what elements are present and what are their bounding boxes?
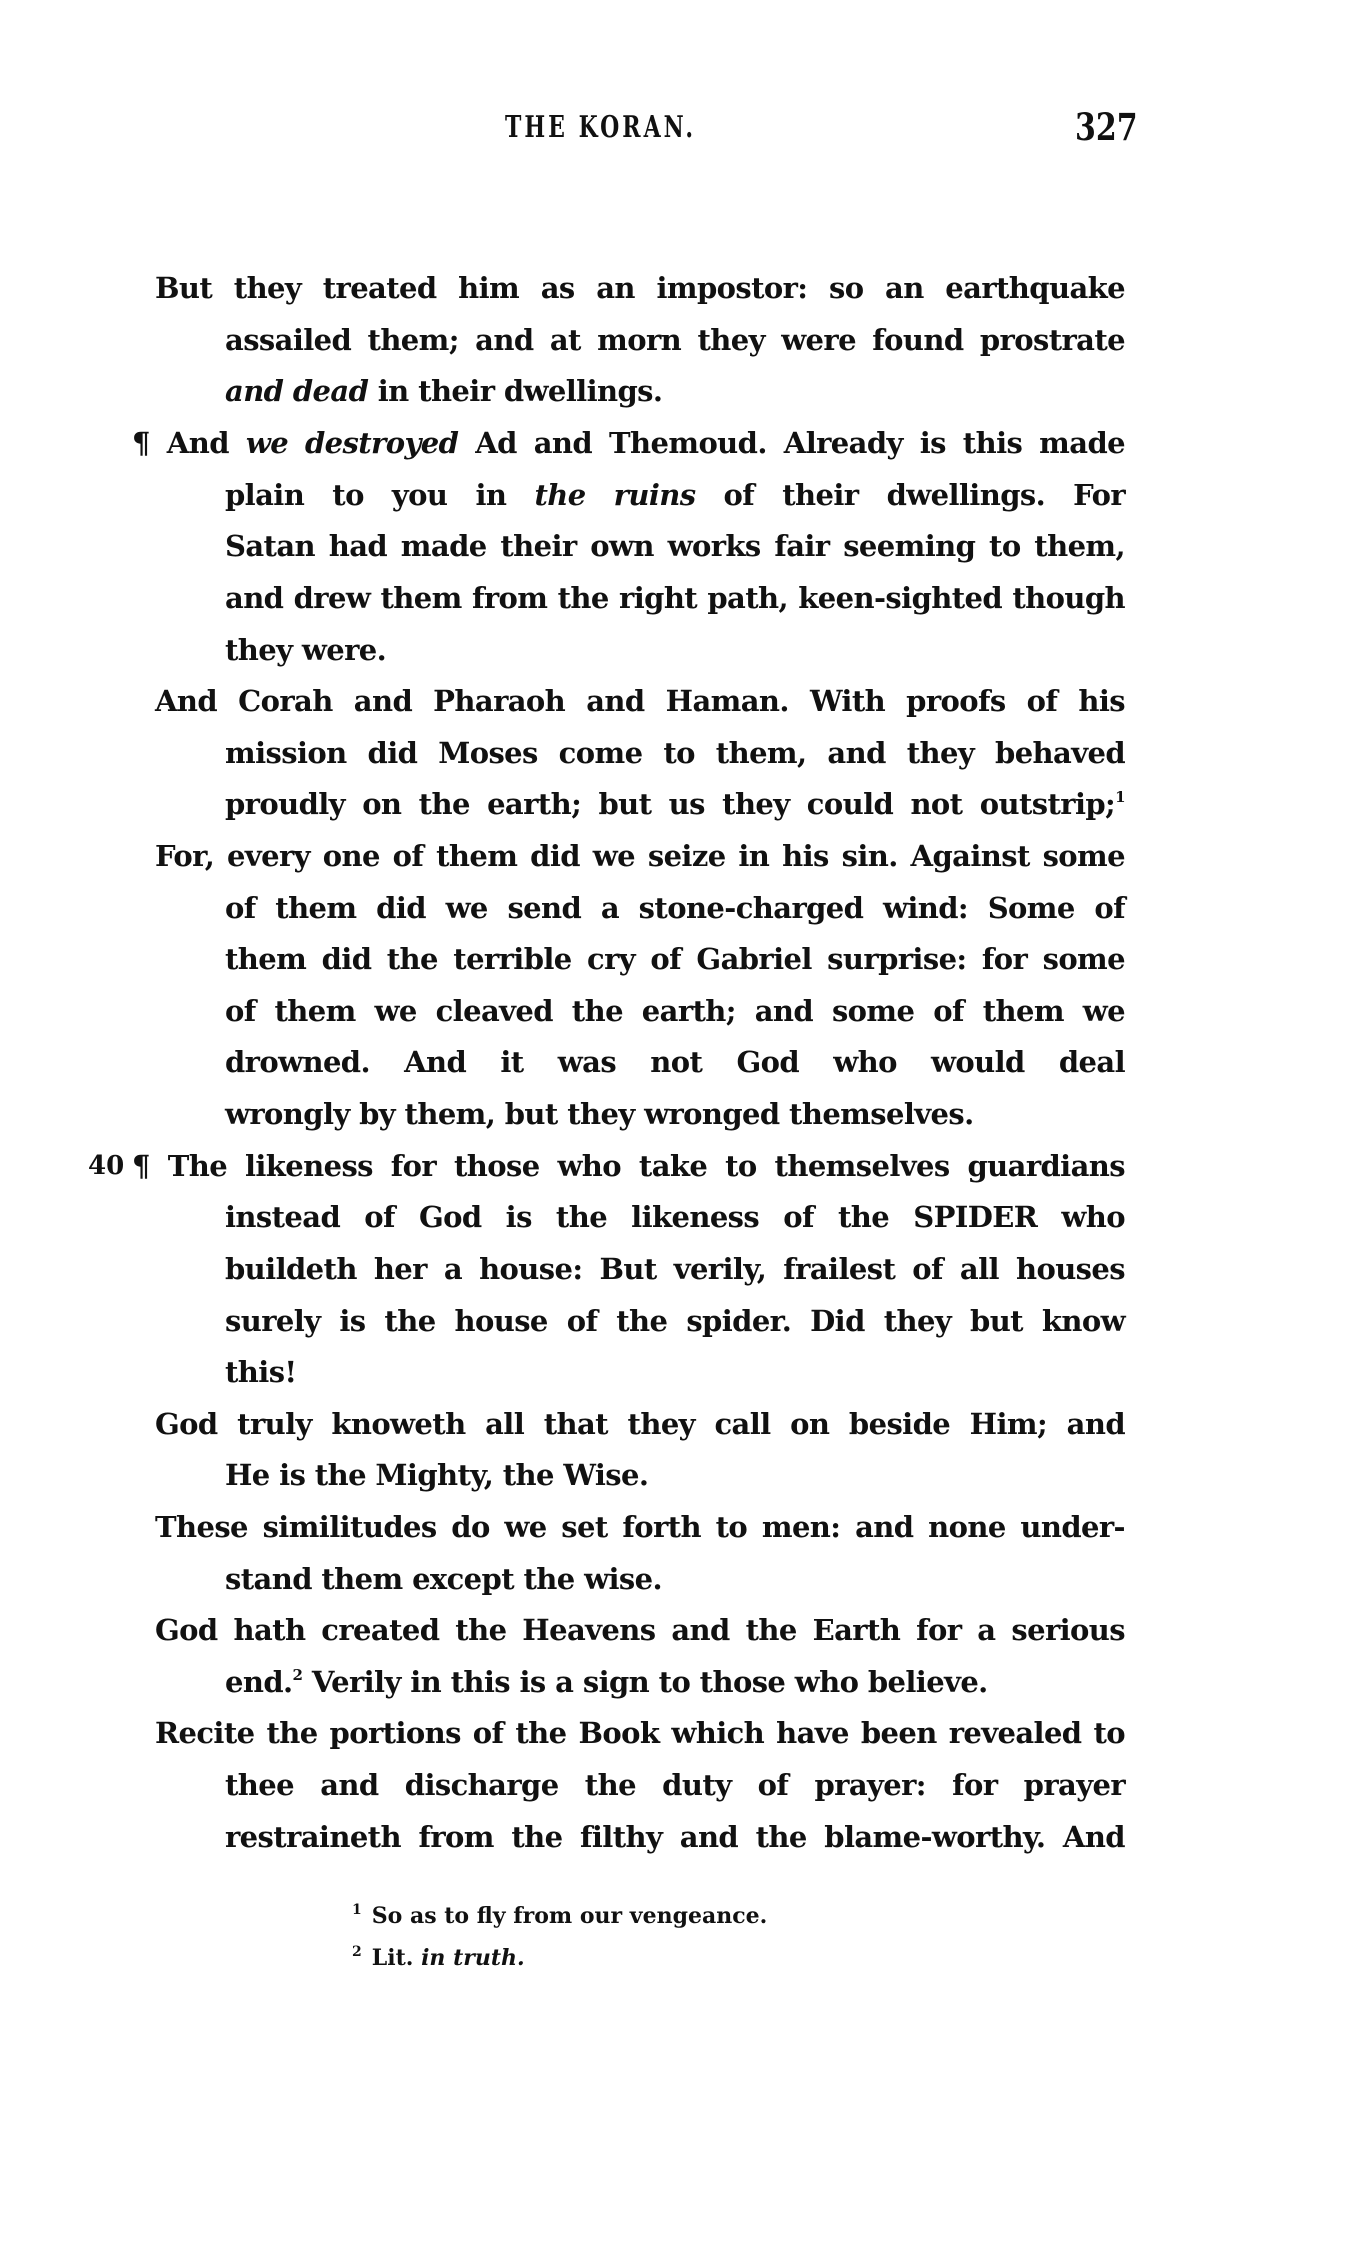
text-line: they were. xyxy=(225,630,1125,670)
text-line: end.2 Verily in this is a sign to those … xyxy=(225,1662,1125,1702)
line-text: this! xyxy=(225,1355,297,1389)
text-line: God hath created the Heavens and the Ear… xyxy=(155,1610,1125,1650)
line-text: For, every one of them did we seize in h… xyxy=(155,839,1125,873)
line-text: them did the terrible cry of Gabriel sur… xyxy=(225,942,1125,976)
text-line: And Corah and Pharaoh and Haman. With pr… xyxy=(155,681,1125,721)
footnotes: 1So as to fly from our vengeance. 2Lit. … xyxy=(352,1892,767,1976)
line-text: And Corah and Pharaoh and Haman. With pr… xyxy=(155,684,1125,718)
book-page: THE KORAN. 327 But they treated him as a… xyxy=(0,0,1347,2245)
line-text: wrongly by them, but they wronged themse… xyxy=(225,1097,974,1131)
pilcrow-icon: ¶ xyxy=(132,426,150,460)
text-line: thee and discharge the duty of prayer: f… xyxy=(225,1765,1125,1805)
text-line: drowned. And it was not God who would de… xyxy=(225,1042,1125,1082)
line-text: Ad and Themoud. Already is this made xyxy=(458,426,1125,460)
line-text: He is the Mighty, the Wise. xyxy=(225,1458,648,1492)
page-number: 327 xyxy=(1075,106,1138,150)
line-text: end. xyxy=(225,1665,293,1699)
italic-text: we destroyed xyxy=(246,426,458,460)
text-line: of them did we send a stone-charged wind… xyxy=(225,888,1125,928)
verse-number: 40 xyxy=(88,1146,124,1186)
text-line: instead of God is the likeness of the SP… xyxy=(225,1197,1125,1237)
line-text: in their dwellings. xyxy=(368,374,662,408)
text-line: proudly on the earth; but us they could … xyxy=(225,784,1125,824)
text-line: them did the terrible cry of Gabriel sur… xyxy=(225,939,1125,979)
text-line: buildeth her a house: But verily, fraile… xyxy=(225,1249,1125,1289)
line-text: of their dwellings. For xyxy=(695,478,1125,512)
text-line: For, every one of them did we seize in h… xyxy=(155,836,1125,876)
line-text: restraineth from the filthy and the blam… xyxy=(225,1820,1125,1854)
text-line: These similitudes do we set forth to men… xyxy=(155,1507,1125,1547)
text-line: Recite the portions of the Book which ha… xyxy=(155,1713,1125,1753)
running-head: THE KORAN. 327 xyxy=(0,110,1347,150)
footnote-text: Lit. xyxy=(372,1945,421,1971)
line-text: they were. xyxy=(225,633,386,667)
line-text: and drew them from the right path, keen-… xyxy=(225,581,1125,615)
footnote-mark: 2 xyxy=(352,1944,362,1960)
line-text: thee and discharge the duty of prayer: f… xyxy=(225,1768,1125,1802)
text-line: But they treated him as an impostor: so … xyxy=(155,268,1125,308)
line-text: But they treated him as an impostor: so … xyxy=(155,271,1125,305)
line-text: God hath created the Heavens and the Ear… xyxy=(155,1613,1125,1647)
italic-text: the ruins xyxy=(534,478,695,512)
text-line: this! xyxy=(225,1352,1125,1392)
footnote-mark: 1 xyxy=(352,1902,362,1918)
italic-text: and dead xyxy=(225,374,368,408)
text-line: ¶ And we destroyed Ad and Themoud. Alrea… xyxy=(132,423,1125,463)
text-line: and drew them from the right path, keen-… xyxy=(225,578,1125,618)
running-title: THE KORAN. xyxy=(505,110,696,145)
line-text: Satan had made their own works fair seem… xyxy=(225,529,1125,563)
line-text: of them we cleaved the earth; and some o… xyxy=(225,994,1125,1028)
line-text: The likeness for those who take to thems… xyxy=(150,1149,1125,1183)
text-line: wrongly by them, but they wronged themse… xyxy=(225,1094,1125,1134)
text-line: restraineth from the filthy and the blam… xyxy=(225,1817,1125,1857)
text-line: assailed them; and at morn they were fou… xyxy=(225,320,1125,360)
line-text: of them did we send a stone-charged wind… xyxy=(225,891,1125,925)
line-text: assailed them; and at morn they were fou… xyxy=(225,323,1125,357)
line-text: surely is the house of the spider. Did t… xyxy=(225,1304,1125,1338)
pilcrow-icon: ¶ xyxy=(132,1149,150,1183)
line-text: These similitudes do we set forth to men… xyxy=(155,1510,1125,1544)
text-line: stand them except the wise. xyxy=(225,1559,1125,1599)
line-text: proudly on the earth; but us they could … xyxy=(225,787,1115,821)
footnote-text: So as to fly from our vengeance. xyxy=(372,1903,768,1929)
italic-text: in truth. xyxy=(421,1945,525,1971)
footnote-ref: 2 xyxy=(293,1666,303,1684)
text-line: He is the Mighty, the Wise. xyxy=(225,1455,1125,1495)
text-line: plain to you in the ruins of their dwell… xyxy=(225,475,1125,515)
footnote-ref: 1 xyxy=(1115,788,1125,806)
footnote-1: 1So as to fly from our vengeance. xyxy=(352,1892,767,1934)
line-text: instead of God is the likeness of the SP… xyxy=(225,1200,1125,1234)
text-line: mission did Moses come to them, and they… xyxy=(225,733,1125,773)
text-line: of them we cleaved the earth; and some o… xyxy=(225,991,1125,1031)
line-text: buildeth her a house: But verily, fraile… xyxy=(225,1252,1125,1286)
text-line: ¶ The likeness for those who take to the… xyxy=(132,1146,1125,1186)
line-text: mission did Moses come to them, and they… xyxy=(225,736,1125,770)
line-text: Verily in this is a sign to those who be… xyxy=(302,1665,987,1699)
text-line: and dead in their dwellings. xyxy=(225,371,1125,411)
line-text: And xyxy=(150,426,246,460)
line-text: drowned. And it was not God who would de… xyxy=(225,1045,1125,1079)
text-line: Satan had made their own works fair seem… xyxy=(225,526,1125,566)
line-text: plain to you in xyxy=(225,478,534,512)
text-line: God truly knoweth all that they call on … xyxy=(155,1404,1125,1444)
line-text: God truly knoweth all that they call on … xyxy=(155,1407,1125,1441)
footnote-2: 2Lit. in truth. xyxy=(352,1934,767,1976)
text-line: surely is the house of the spider. Did t… xyxy=(225,1301,1125,1341)
line-text: Recite the portions of the Book which ha… xyxy=(155,1716,1125,1750)
line-text: stand them except the wise. xyxy=(225,1562,662,1596)
